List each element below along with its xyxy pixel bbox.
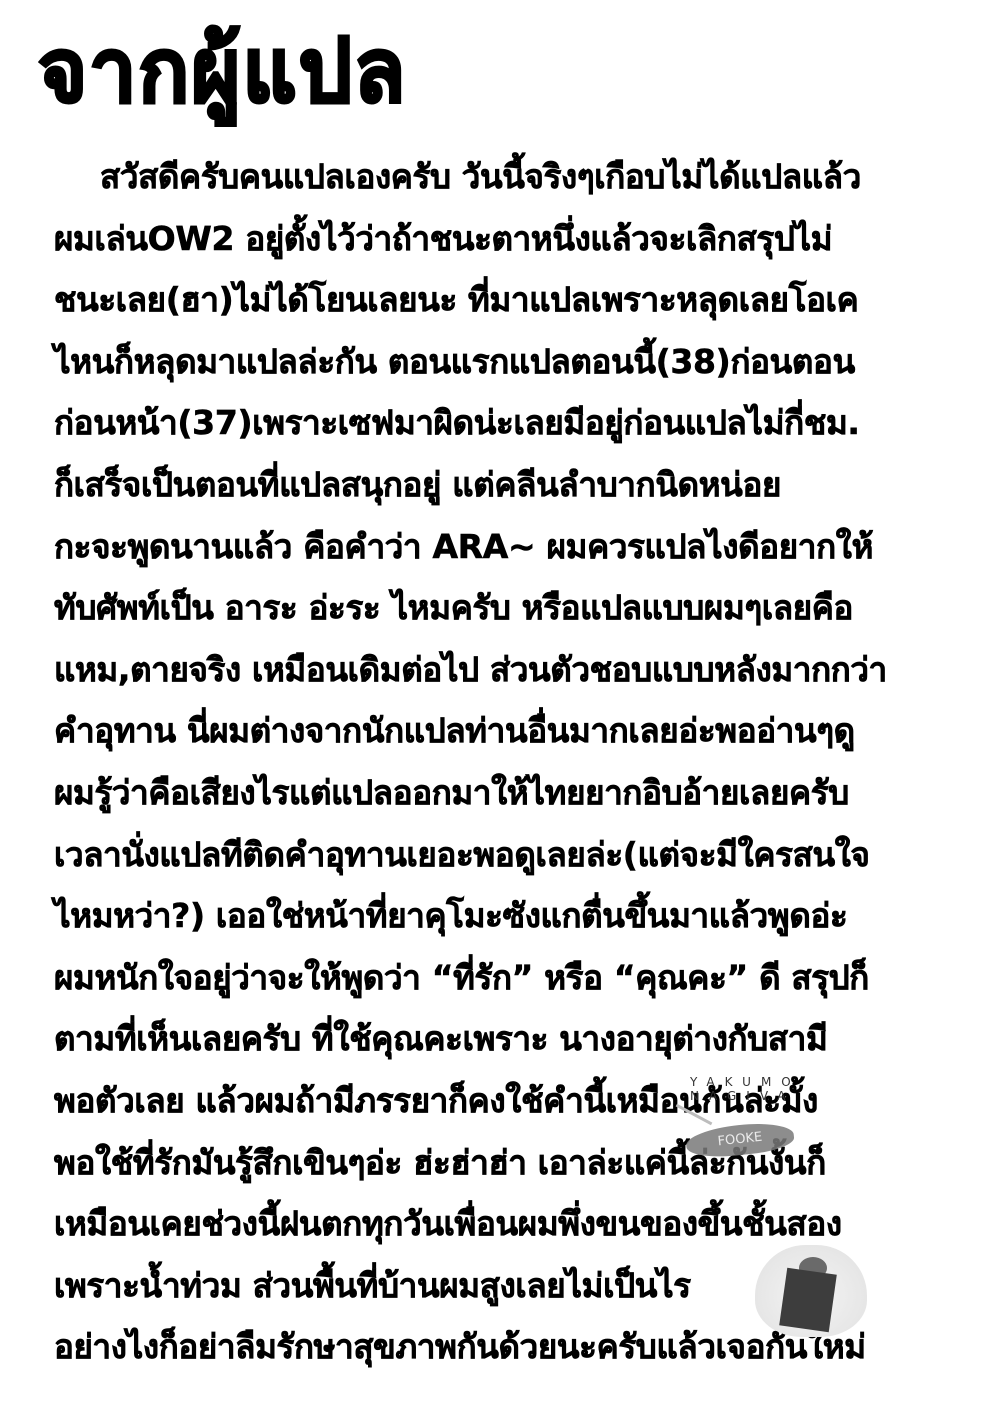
text-line: เวลานั่งแปลทีติดคำอุทานเยอะพอดูเลยล่ะ(แต… — [54, 824, 974, 886]
translator-note-body: สวัสดีครับคนแปลเองครับ วันนี้จริงๆเกือบไ… — [54, 146, 974, 1378]
onigiri-icon — [755, 1245, 867, 1337]
text-line: ก่อนหน้า(37)เพราะเซฟมาผิดน่ะเลยมีอยู่ก่อ… — [54, 392, 974, 454]
text-line: ผมเล่นOW2 อยู่ตั้งไว้ว่าถ้าชนะตาหนึ่งแล้… — [54, 208, 974, 270]
text-line: ชนะเลย(ฮา)ไม่ได้โยนเลยนะ ที่มาแปลเพราะหล… — [54, 269, 974, 331]
text-line: สวัสดีครับคนแปลเองครับ วันนี้จริงๆเกือบไ… — [54, 146, 974, 208]
text-line: ไหนก็หลุดมาแปลล่ะกัน ตอนแรกแปลตอนนี้(38)… — [54, 331, 974, 393]
text-line: พอตัวเลย แล้วผมถ้ามีภรรยาก็คงใช้คำนี้เหม… — [54, 1070, 974, 1132]
text-line: ผมหนักใจอยู่ว่าจะให้พูดว่า “ที่รัก” หรือ… — [54, 947, 974, 1009]
text-line: ไหมหว่า?) เออใช่หน้าที่ยาคุโมะซังแกตื่นข… — [54, 885, 974, 947]
text-line: แหม,ตายจริง เหมือนเดิมต่อไป ส่วนตัวชอบแบ… — [54, 639, 974, 701]
page-title: จากผู้แปล — [38, 18, 407, 123]
text-line: เหมือนเคยช่วงนี้ฝนตกทุกวันเพื่อนผมพึ่งขน… — [54, 1193, 974, 1255]
onigiri-nori — [779, 1268, 837, 1332]
text-line: ก็เสร็จเป็นตอนที่แปลสนุกอยู่ แต่คลีนลำบา… — [54, 454, 974, 516]
text-line: ตามที่เห็นเลยครับ ที่ใช้คุณคะเพราะ นางอา… — [54, 1008, 974, 1070]
text-line: พอใช้ที่รักมันรู้สึกเขินๆอ่ะ ฮ่ะฮ่าฮ่า เ… — [54, 1132, 974, 1194]
text-line: คำอุทาน นี่ผมต่างจากนักแปลท่านอื่นมากเลย… — [54, 700, 974, 762]
text-line: ผมรู้ว่าคือเสียงไรแต่แปลออกมาให้ไทยยากอิ… — [54, 762, 974, 824]
text-line: กะจะพูดนานแล้ว คือคำว่า ARA~ ผมควรแปลไงด… — [54, 516, 974, 578]
text-line: ทับศัพท์เป็น อาระ อ่ะระ ไหมครับ หรือแปลแ… — [54, 577, 974, 639]
